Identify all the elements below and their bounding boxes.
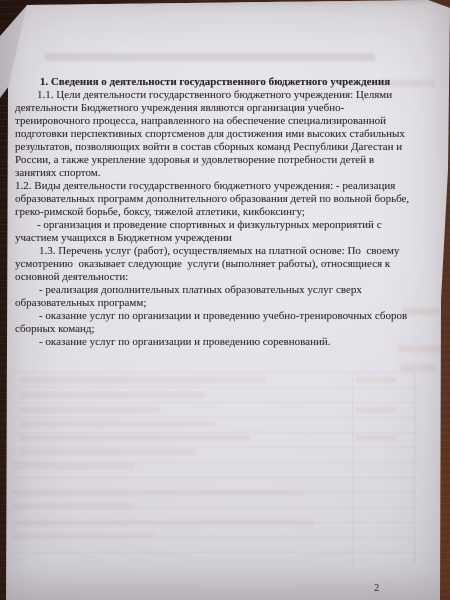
paragraph-1-3-item-1: - реализация дополнительных платных обра… — [15, 284, 415, 310]
paragraph-1-1-goals: 1.1. Цели деятельности государственного … — [15, 89, 415, 180]
paragraph-1-2-activities: 1.2. Виды деятельности государственного … — [15, 180, 415, 219]
paragraph-1-3-item-3: - оказание услуг по организации и провед… — [15, 336, 415, 349]
reverse-side-table-grid — [12, 372, 416, 564]
paragraph-1-3-item-2: - оказание услуг по организации и провед… — [15, 310, 415, 336]
page-number: 2 — [374, 583, 379, 594]
paragraph-1-3-paid-services: 1.3. Перечень услуг (работ), осуществляе… — [15, 245, 415, 284]
photo-of-document: 1. Сведения о деятельности государственн… — [0, 0, 450, 600]
section-heading: 1. Сведения о деятельности государственн… — [15, 76, 415, 89]
document-text: 1. Сведения о деятельности государственн… — [15, 76, 415, 349]
document-page: 1. Сведения о деятельности государственн… — [0, 0, 450, 600]
paragraph-1-2-item: - организация и проведение спортивных и … — [15, 219, 415, 245]
